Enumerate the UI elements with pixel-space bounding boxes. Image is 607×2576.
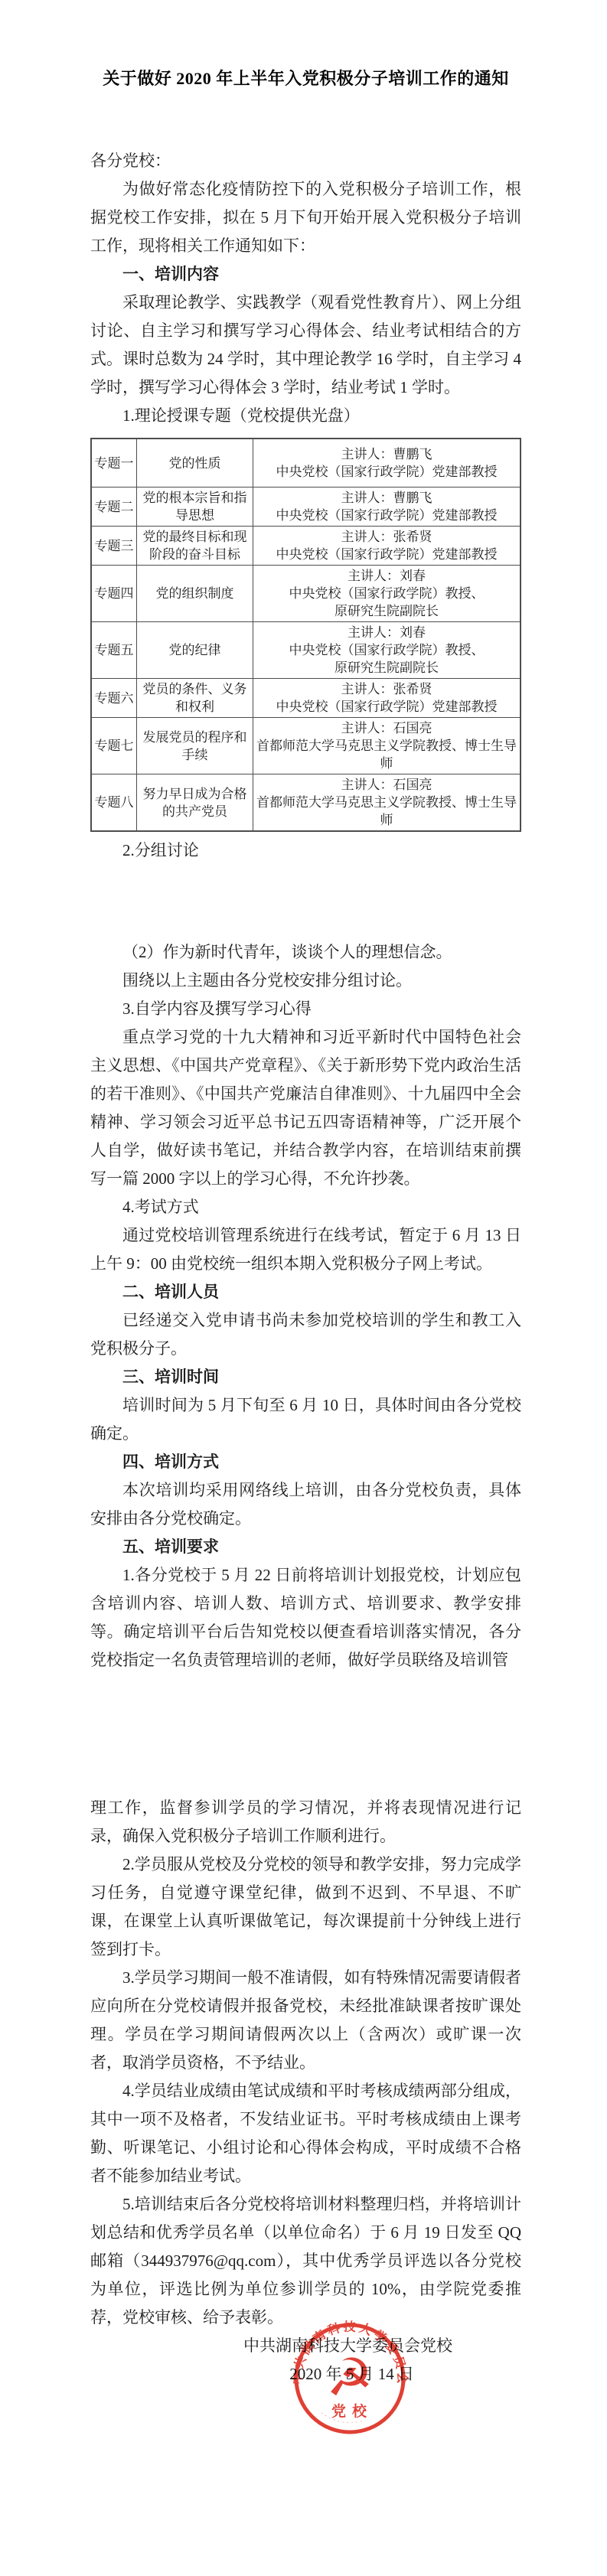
topic-title-cell: 努力早日成为合格的共产党员 <box>136 774 253 830</box>
intro-paragraph: 为做好常态化疫情防控下的入党积极分子培训工作，根据党校工作安排，拟在 5 月下旬… <box>90 175 521 260</box>
selfstudy-body: 重点学习党的十九大精神和习近平新时代中国特色社会主义思想、《中国共产党章程》、《… <box>90 1023 521 1193</box>
lecturer-line: 中央党校（国家行政学院）党建部教授 <box>276 463 498 481</box>
requirement-1-part1: 1.各分党校于 5 月 22 日前将培训计划报党校，计划应包含培训内容、培训人数… <box>90 1561 521 1674</box>
seal-bottom-marks: ·········· <box>319 2411 366 2427</box>
lecturer-line: 主讲人：刘春 <box>348 567 426 585</box>
lecturer-line: 主讲人：曹鹏飞 <box>341 489 432 507</box>
topic-id-cell: 专题六 <box>92 679 136 717</box>
topic-id-cell: 专题四 <box>92 566 136 621</box>
topic-title-cell: 党的纪律 <box>136 622 253 678</box>
document-page-2: （2）作为新时代青年，谈谈个人的理想信念。 围绕以上主题由各分党校安排分组讨论。… <box>0 859 607 1717</box>
discussion-note: 围绕以上主题由各分党校安排分组讨论。 <box>90 967 521 995</box>
topic-id-cell: 专题五 <box>92 622 136 678</box>
lecturer-cell: 主讲人：刘春 中央党校（国家行政学院）教授、 原研究生院副院长 <box>253 622 520 678</box>
lecturer-cell: 主讲人：张希贤 中央党校（国家行政学院）党建部教授 <box>253 527 520 565</box>
topic-id-cell: 专题二 <box>92 487 136 526</box>
requirement-1-part2: 理工作，监督参训学员的学习情况，并将表现情况进行记录，确保入党积极分子培训工作顺… <box>90 1794 521 1850</box>
lecturer-line: 中央党校（国家行政学院）党建部教授 <box>276 507 498 524</box>
lecturer-line: 原研究生院副院长 <box>335 659 439 677</box>
item-heading-discussion: 2.分组讨论 <box>90 836 521 859</box>
topic-id-cell: 专题七 <box>92 718 136 774</box>
lecturer-cell: 主讲人：石国亮 首都师范大学马克思主义学院教授、博士生导师 <box>253 718 520 774</box>
requirement-2: 2.学员服从党校及分党校的领导和教学安排，努力完成学习任务，自觉遵守课堂纪律，做… <box>90 1850 521 1964</box>
document-page-3: 理工作，监督参训学员的学习情况，并将表现情况进行记录，确保入党积极分子培训工作顺… <box>0 1717 607 2576</box>
table-row: 专题一 党的性质 主讲人：曹鹏飞 中央党校（国家行政学院）党建部教授 <box>92 439 520 487</box>
lecturer-line: 中央党校（国家行政学院）教授、 <box>289 585 485 602</box>
exam-body: 通过党校培训管理系统进行在线考试，暂定于 6 月 13 日上午 9：00 由党校… <box>90 1221 521 1278</box>
item-heading-exam: 4.考试方式 <box>90 1193 521 1221</box>
topic-title-cell: 党的最终目标和现阶段的奋斗目标 <box>136 527 253 565</box>
section-heading-5: 五、培训要求 <box>90 1533 521 1561</box>
lecturer-line: 主讲人：张希贤 <box>341 528 432 546</box>
document-page-1: 关于做好 2020 年上半年入党积极分子培训工作的通知 各分党校： 为做好常态化… <box>0 0 607 859</box>
lecturer-line: 主讲人：曹鹏飞 <box>341 445 432 463</box>
table-row: 专题七 发展党员的程序和手续 主讲人：石国亮 首都师范大学马克思主义学院教授、博… <box>92 717 520 774</box>
section-heading-2: 二、培训人员 <box>90 1278 521 1306</box>
requirement-3: 3.学员学习期间一般不准请假，如有特殊情况需要请假者应向所在分党校请假并报备党校… <box>90 1964 521 2077</box>
lecturer-line: 首都师范大学马克思主义学院教授、博士生导师 <box>256 794 517 829</box>
lecturer-line: 主讲人：刘春 <box>348 624 426 641</box>
topic-title-cell: 党员的条件、义务和权利 <box>136 679 253 717</box>
lecturer-line: 主讲人：张希贤 <box>341 680 432 698</box>
section-heading-3: 三、培训时间 <box>90 1363 521 1391</box>
section-heading-4: 四、培训方式 <box>90 1448 521 1476</box>
lecturer-cell: 主讲人：曹鹏飞 中央党校（国家行政学院）党建部教授 <box>253 487 520 526</box>
topic-title-cell: 发展党员的程序和手续 <box>136 718 253 774</box>
section3-body: 培训时间为 5 月下旬至 6 月 10 日，具体时间由各分党校确定。 <box>90 1391 521 1448</box>
table-row: 专题四 党的组织制度 主讲人：刘春 中央党校（国家行政学院）教授、 原研究生院副… <box>92 565 520 621</box>
lecturer-cell: 主讲人：刘春 中央党校（国家行政学院）教授、 原研究生院副院长 <box>253 566 520 621</box>
lecturer-line: 原研究生院副院长 <box>335 602 439 620</box>
topic-title-cell: 党的组织制度 <box>136 566 253 621</box>
table-row: 专题二 党的根本宗旨和指导思想 主讲人：曹鹏飞 中央党校（国家行政学院）党建部教… <box>92 487 520 526</box>
table-row: 专题八 努力早日成为合格的共产党员 主讲人：石国亮 首都师范大学马克思主义学院教… <box>92 774 520 830</box>
lecturer-line: 主讲人：石国亮 <box>341 776 432 794</box>
lecturer-line: 中央党校（国家行政学院）党建部教授 <box>276 698 498 716</box>
table-row: 专题五 党的纪律 主讲人：刘春 中央党校（国家行政学院）教授、 原研究生院副院长 <box>92 621 520 678</box>
topics-table: 专题一 党的性质 主讲人：曹鹏飞 中央党校（国家行政学院）党建部教授 专题二 党… <box>90 438 521 832</box>
item-heading-theory: 1.理论授课专题（党校提供光盘） <box>90 402 521 430</box>
section1-body: 采取理论教学、实践教学（观看党性教育片）、网上分组讨论、自主学习和撰写学习心得体… <box>90 289 521 402</box>
item-heading-selfstudy: 3.自学内容及撰写学习心得 <box>90 995 521 1023</box>
section-heading-1: 一、培训内容 <box>90 260 521 289</box>
lecturer-line: 主讲人：石国亮 <box>341 719 432 737</box>
section2-body: 已经递交入党申请书尚未参加党校培训的学生和教工入党积极分子。 <box>90 1306 521 1363</box>
table-row: 专题六 党员的条件、义务和权利 主讲人：张希贤 中央党校（国家行政学院）党建部教… <box>92 678 520 717</box>
requirement-5: 5.培训结束后各分党校将培训材料整理归档，并将培训计划总结和优秀学员名单（以单位… <box>90 2190 521 2332</box>
section4-body: 本次培训均采用网络线上培训，由各分党校负责，具体安排由各分党校确定。 <box>90 1476 521 1533</box>
requirement-4: 4.学员结业成绩由笔试成绩和平时考核成绩两部分组成，其中一项不及格者，不发结业证… <box>90 2077 521 2190</box>
lecturer-line: 中央党校（国家行政学院）党建部教授 <box>276 546 498 563</box>
lecturer-cell: 主讲人：张希贤 中央党校（国家行政学院）党建部教授 <box>253 679 520 717</box>
lecturer-line: 中央党校（国家行政学院）教授、 <box>289 641 485 659</box>
discussion-topic-2: （2）作为新时代青年，谈谈个人的理想信念。 <box>90 938 521 967</box>
topic-id-cell: 专题三 <box>92 527 136 565</box>
topic-id-cell: 专题八 <box>92 774 136 830</box>
signature-org: 中共湖南科技大学委员会党校 <box>90 2332 521 2360</box>
lecturer-cell: 主讲人：曹鹏飞 中央党校（国家行政学院）党建部教授 <box>253 439 520 487</box>
document-title: 关于做好 2020 年上半年入党积极分子培训工作的通知 <box>90 67 521 90</box>
signature-date: 2020 年 5 月 14 日 <box>90 2360 521 2389</box>
table-row: 专题三 党的最终目标和现阶段的奋斗目标 主讲人：张希贤 中央党校（国家行政学院）… <box>92 526 520 565</box>
lecturer-cell: 主讲人：石国亮 首都师范大学马克思主义学院教授、博士生导师 <box>253 774 520 830</box>
salutation: 各分党校： <box>90 147 521 175</box>
lecturer-line: 首都师范大学马克思主义学院教授、博士生导师 <box>256 737 517 772</box>
topic-title-cell: 党的性质 <box>136 439 253 487</box>
topic-id-cell: 专题一 <box>92 439 136 487</box>
topic-title-cell: 党的根本宗旨和指导思想 <box>136 487 253 526</box>
seal-center-label: 党校 <box>331 2402 373 2420</box>
